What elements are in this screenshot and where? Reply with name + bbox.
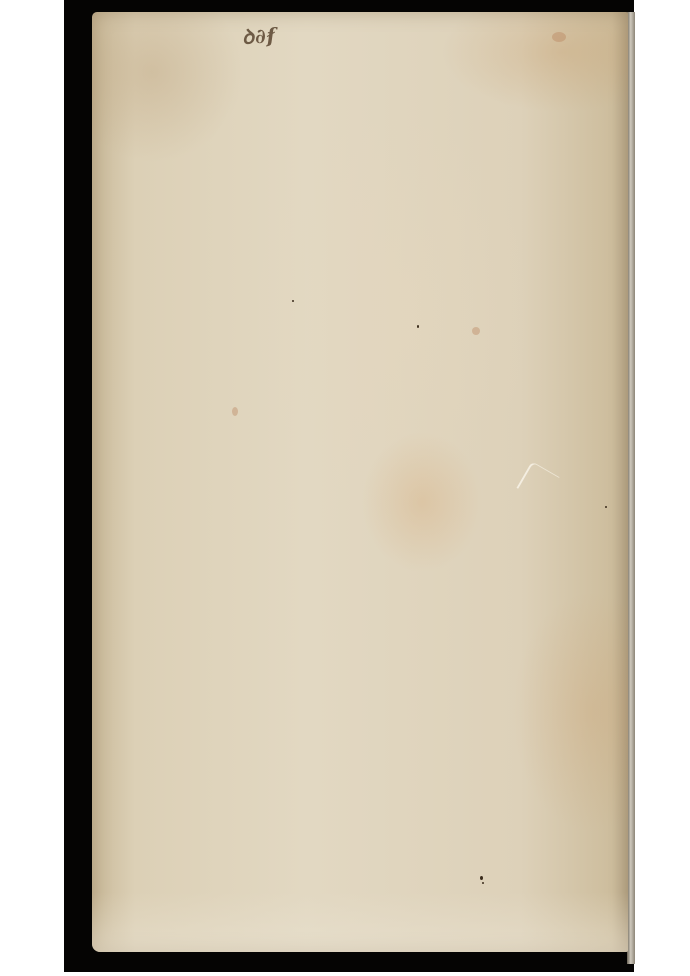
ink-speck <box>417 325 419 328</box>
adjacent-page-edge <box>627 12 635 964</box>
foxing-spot <box>232 407 238 416</box>
paper-crease <box>516 461 559 504</box>
scan-viewer: ꝺ∂ẜ <box>0 0 690 976</box>
book-page: ꝺ∂ẜ <box>92 12 628 952</box>
foxing-spot <box>552 32 566 42</box>
foxing-spot <box>472 327 480 335</box>
ink-speck <box>482 882 484 884</box>
page-bottom-highlight <box>92 892 628 952</box>
ink-speck <box>292 300 294 302</box>
ink-speck <box>480 876 483 880</box>
ink-speck <box>605 506 607 508</box>
handwritten-annotation: ꝺ∂ẜ <box>241 21 277 50</box>
